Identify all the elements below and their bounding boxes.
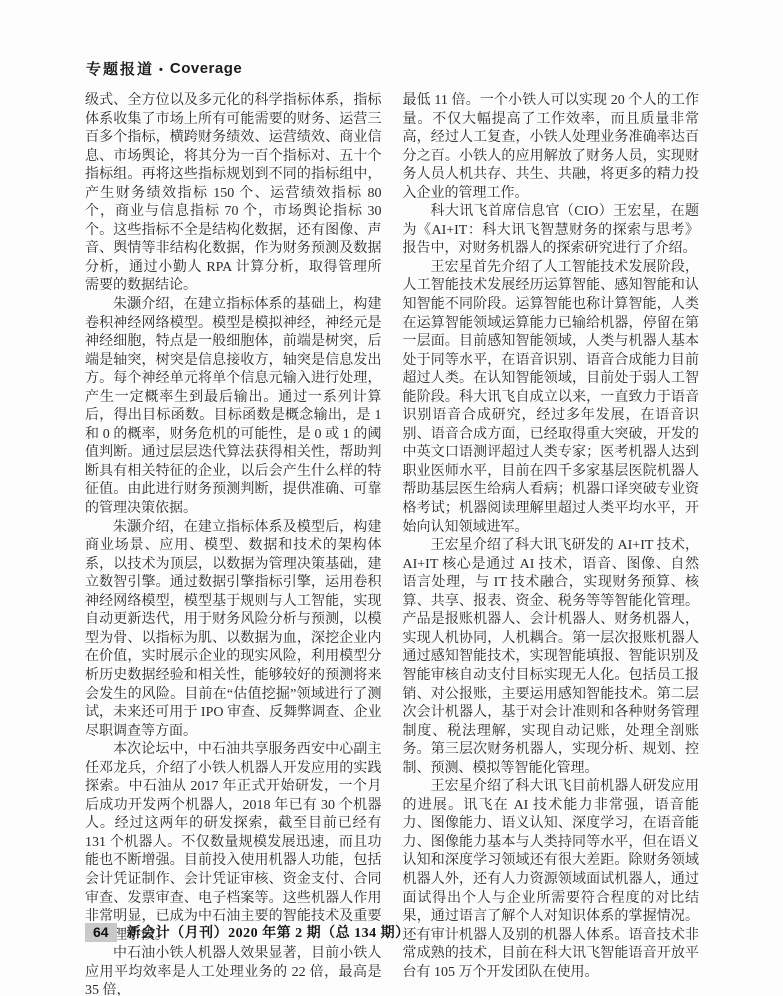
section-header: 专题报道 • Coverage <box>86 58 242 79</box>
section-title-chinese: 专题报道 <box>86 58 154 79</box>
paragraph: 科大讯飞首席信息官（CIO）王宏星，在题为《AI+IT：科大讯飞智慧财务的探索与… <box>403 203 700 259</box>
paragraph: 朱灏介绍，在建立指标体系的基础上，构建卷积神经网络模型。模型是模拟神经，神经元是… <box>85 296 382 519</box>
paragraph: 本次论坛中，中石油共享服务西安中心副主任邓龙兵，介绍了小铁人机器人开发应用的实践… <box>85 741 382 945</box>
paragraph: 王宏星首先介绍了人工智能技术发展阶段，人工智能技术发展经历运算智能、感知智能和认… <box>403 259 700 537</box>
paragraph: 最低 11 倍。一个小铁人可以实现 20 个人的工作量。不仅大幅提高了工作效率，… <box>403 92 700 203</box>
journal-issue-info: 新会计（月刊）2020 年第 2 期（总 134 期） <box>127 922 410 942</box>
page-number-badge: 64 <box>85 923 117 942</box>
magazine-page: 专题报道 • Coverage 级式、全方位以及多元化的科学指标体系，指标体系收… <box>0 0 783 996</box>
right-column: 最低 11 倍。一个小铁人可以实现 20 个人的工作量。不仅大幅提高了工作效率，… <box>403 92 700 996</box>
paragraph: 中石油小铁人机器人效果显著，目前小铁人应用平均效率是人工处理业务的 22 倍，最… <box>85 945 382 996</box>
bullet-separator-icon: • <box>159 64 163 76</box>
article-body: 级式、全方位以及多元化的科学指标体系，指标体系收集了市场上所有可能需要的财务、运… <box>85 92 699 996</box>
paragraph: 王宏星介绍了科大讯飞目前机器人研发应用的进展。讯飞在 AI 技术能力非常强，语音… <box>403 778 700 982</box>
left-column: 级式、全方位以及多元化的科学指标体系，指标体系收集了市场上所有可能需要的财务、运… <box>85 92 382 996</box>
page-footer: 64 新会计（月刊）2020 年第 2 期（总 134 期） <box>85 921 410 943</box>
paragraph: 王宏星介绍了科大讯飞研发的 AI+IT 技术，AI+IT 核心是通过 AI 技术… <box>403 537 700 778</box>
section-title-english: Coverage <box>170 60 242 77</box>
paragraph: 级式、全方位以及多元化的科学指标体系，指标体系收集了市场上所有可能需要的财务、运… <box>85 92 382 296</box>
paragraph: 朱灏介绍，在建立指标体系及模型后，构建商业场景、应用、模型、数据和技术的架构体系… <box>85 519 382 742</box>
